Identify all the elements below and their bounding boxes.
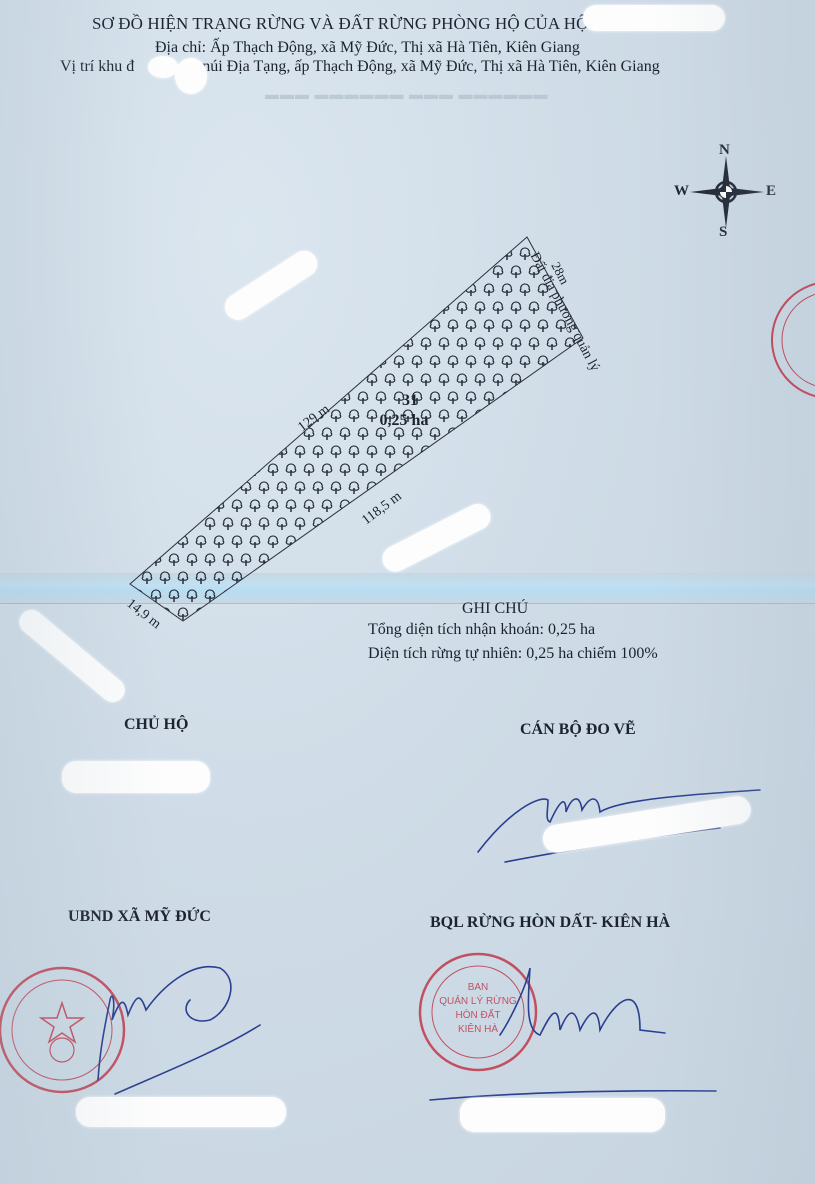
- redaction-owner-name: [583, 5, 725, 31]
- redaction-commune-name: [76, 1097, 286, 1127]
- board-stamp-line: QUẢN LÝ RỪNG: [439, 994, 517, 1007]
- redaction-board-name: [460, 1098, 665, 1132]
- redaction-location: [148, 56, 178, 78]
- redaction-owner-signature-name: [62, 761, 210, 793]
- commune-signature: [98, 967, 231, 1080]
- redaction-location: [175, 58, 207, 94]
- commune-stamp: [0, 968, 124, 1092]
- board-stamp-line: HÒN ĐẤT: [456, 1008, 501, 1021]
- commune-underline: [115, 1025, 260, 1094]
- partial-stamp-right: [772, 282, 815, 398]
- stamps-and-signatures: BAN QUẢN LÝ RỪNG HÒN ĐẤT KIÊN HÀ: [0, 0, 815, 1184]
- board-stamp-line: KIÊN HÀ: [458, 1022, 498, 1035]
- board-stamp-line: BAN: [468, 982, 489, 993]
